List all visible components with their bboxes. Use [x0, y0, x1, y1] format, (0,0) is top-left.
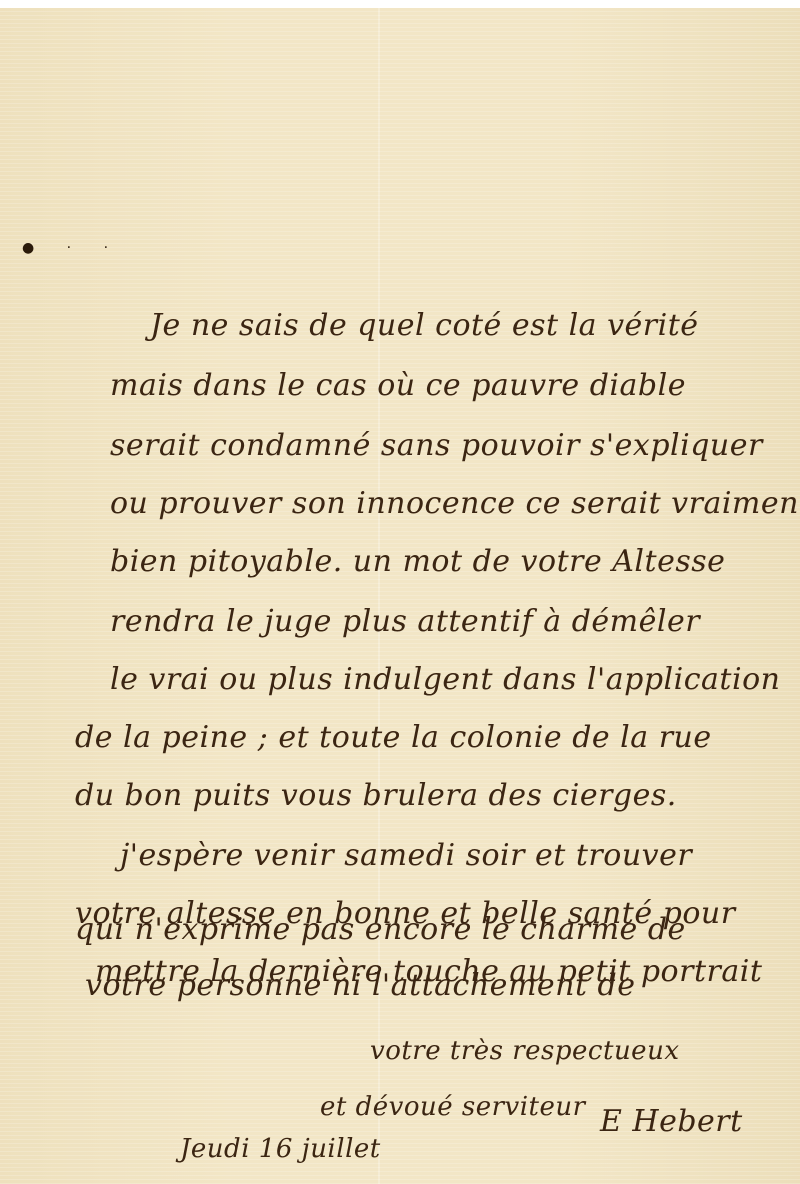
signature: E Hebert [600, 1104, 743, 1139]
letter-line-13: qui n'exprime pas encore le charme de [75, 912, 686, 947]
closing-line-2: et dévoué serviteur [320, 1092, 586, 1122]
letter-line-7: le vrai ou plus indulgent dans l'applica… [110, 662, 780, 697]
ink-blot-marks: ● · · [22, 240, 122, 256]
letter-line-3: serait condamné sans pouvoir s'expliquer [110, 428, 763, 463]
letter-line-9: du bon puits vous brulera des cierges. [75, 778, 677, 813]
letter-line-8: de la peine ; et toute la colonie de la … [75, 720, 712, 755]
letter-line-6: rendra le juge plus attentif à démêler [110, 604, 700, 639]
letter-date: Jeudi 16 juillet [180, 1134, 381, 1164]
letter-line-10: j'espère venir samedi soir et trouver [120, 838, 692, 873]
paper-fold [378, 8, 380, 1184]
letter-page: ● · · Je ne sais de quel coté est la vér… [0, 8, 800, 1184]
letter-line-1: Je ne sais de quel coté est la vérité [150, 308, 699, 343]
letter-line-2: mais dans le cas où ce pauvre diable [110, 368, 686, 403]
closing-line-1: votre très respectueux [370, 1036, 679, 1066]
letter-line-5: bien pitoyable. un mot de votre Altesse [110, 544, 725, 579]
letter-line-14: votre personne ni l'attachement de [85, 968, 636, 1003]
letter-line-4: ou prouver son innocence ce serait vraim… [110, 486, 800, 521]
